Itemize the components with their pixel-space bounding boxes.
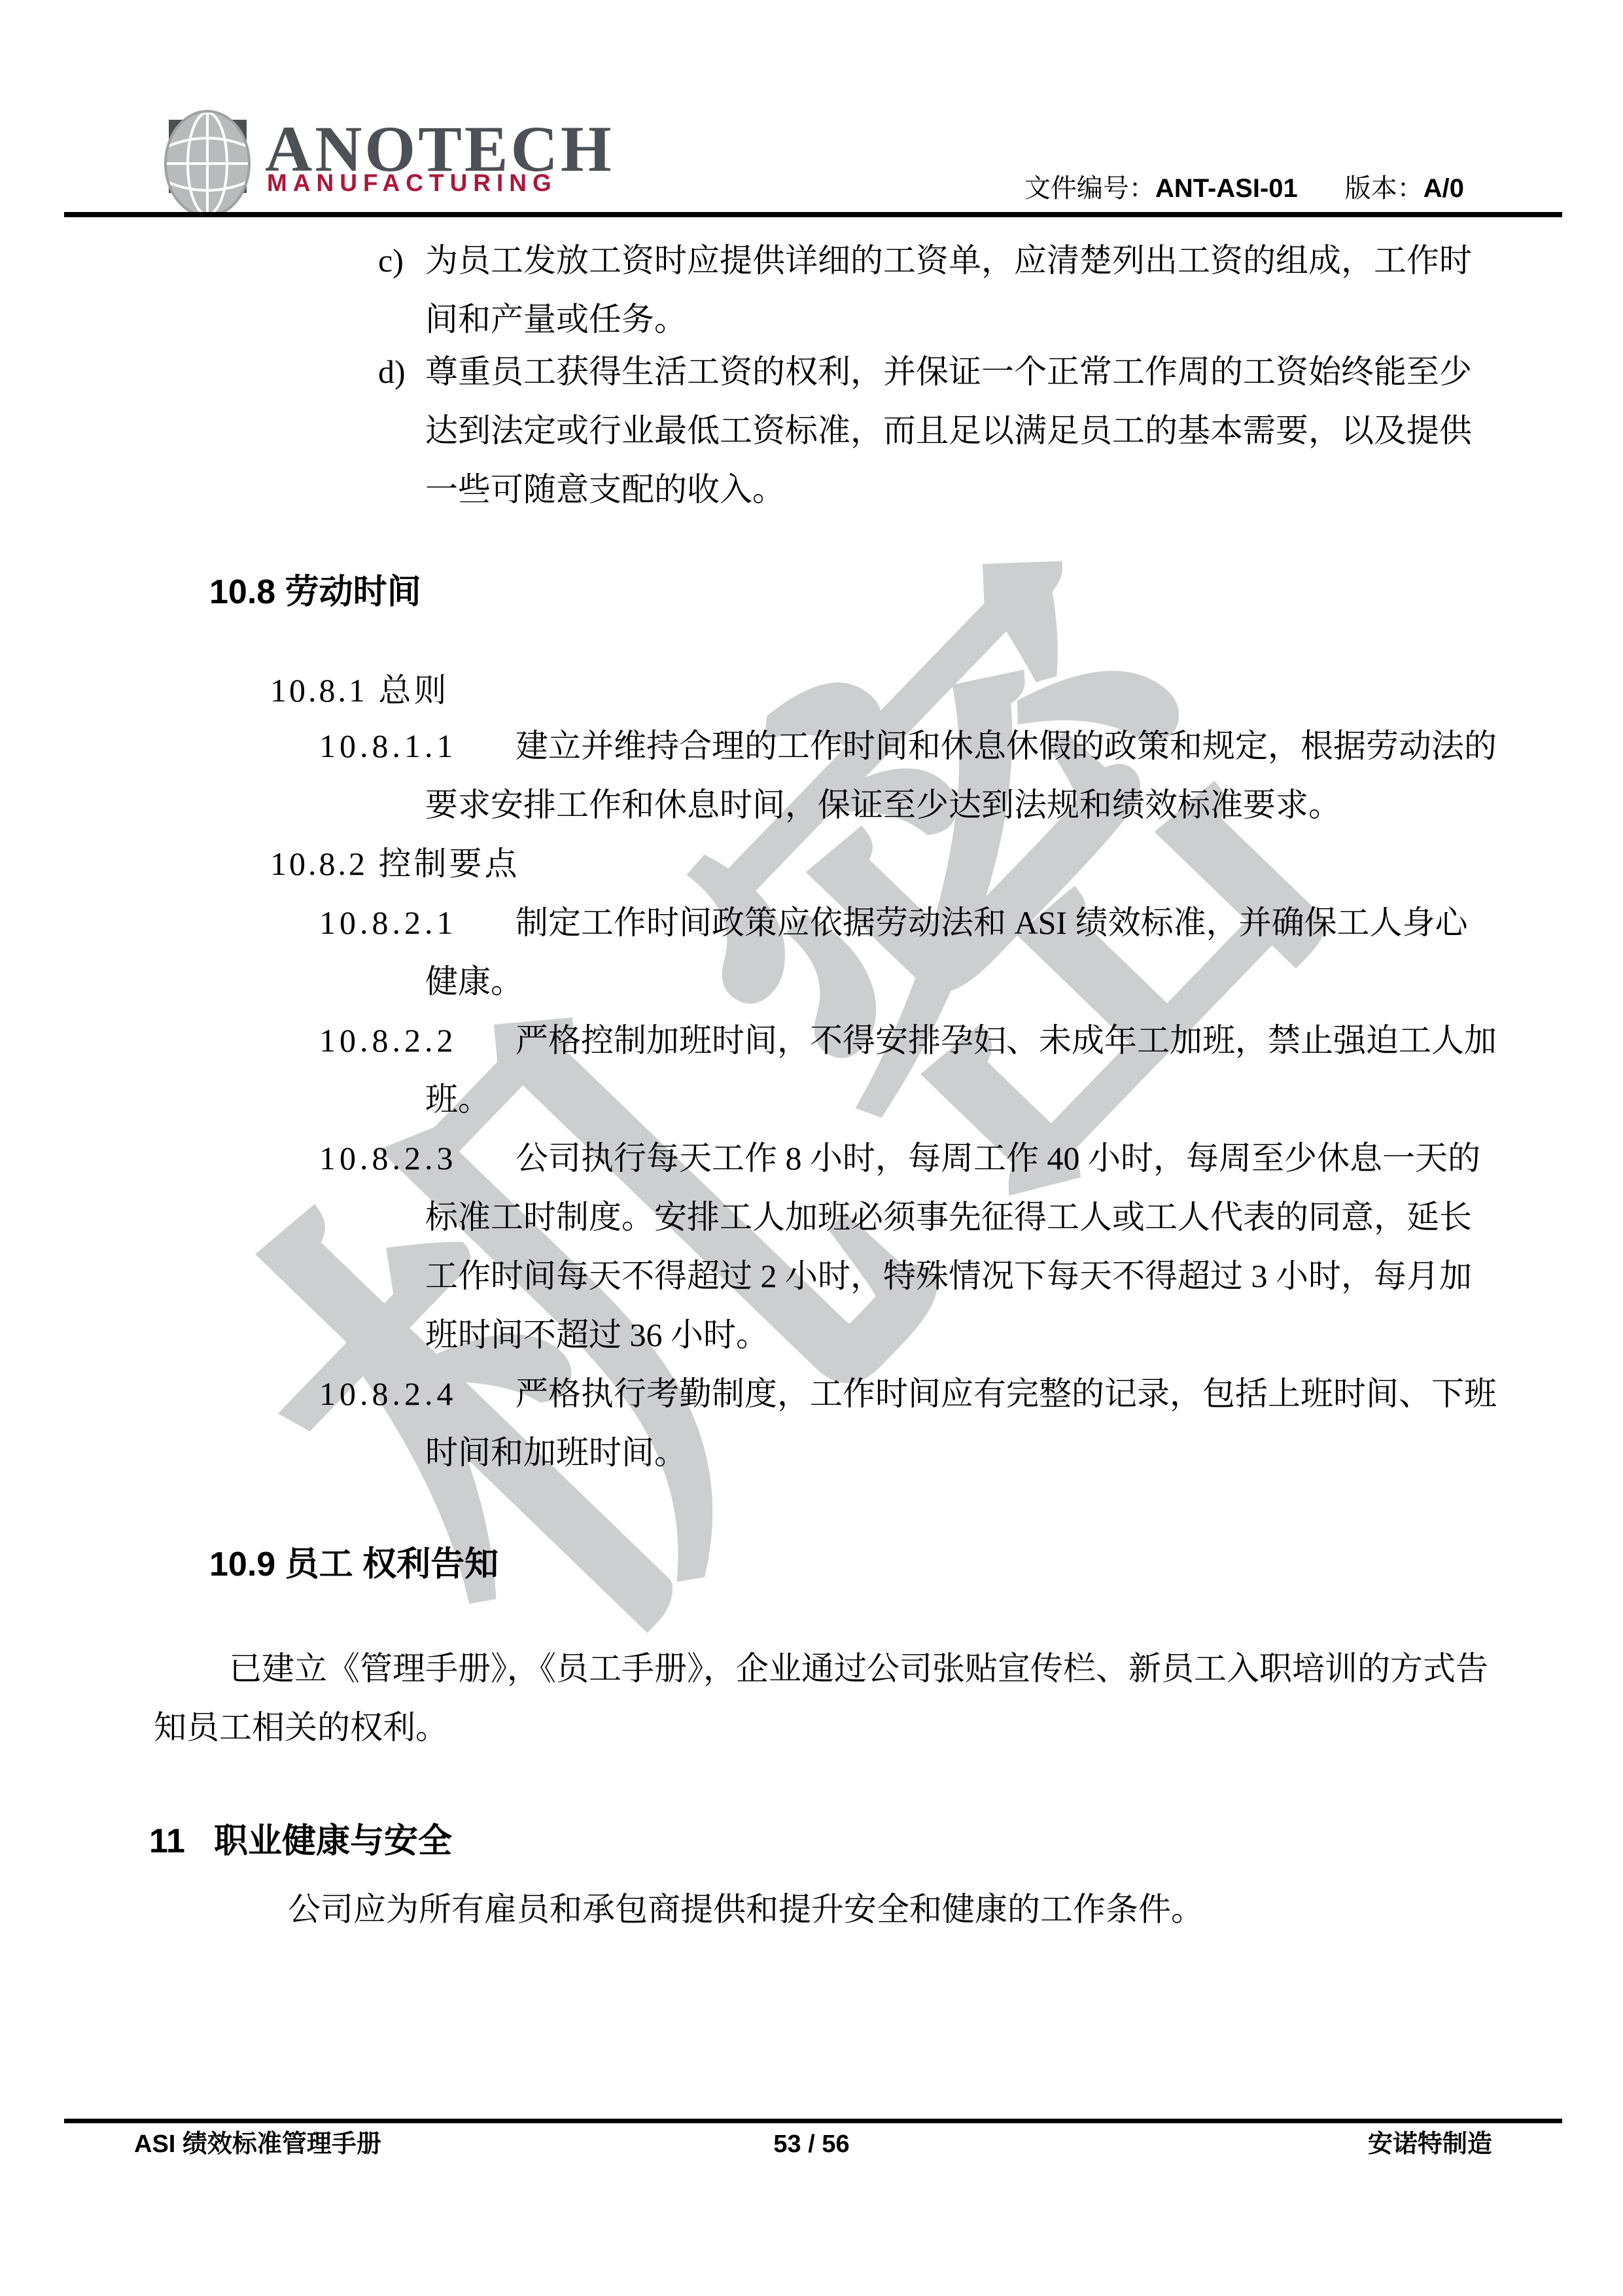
clause-number: 10.8.2.4: [319, 1364, 515, 1423]
clause-text: 严格控制加班时间，不得安排孕妇、未成年工加班，禁止强迫工人加班。: [425, 1022, 1497, 1118]
section-11-title: 11职业健康与安全: [149, 1821, 452, 1862]
version-value: A/0: [1423, 174, 1464, 203]
clause-number: 10.8.2.2: [319, 1011, 515, 1070]
document-meta: 文件编号：ANT-ASI-01版本：A/0: [1024, 173, 1464, 204]
brand-subtitle: MANUFACTURING: [267, 171, 557, 195]
section-11-label: 职业健康与安全: [214, 1822, 452, 1860]
doc-number-label: 文件编号：: [1024, 173, 1155, 203]
clause-number: 10.8.2.1: [319, 893, 515, 952]
clause-text: 公司执行每天工作 8 小时，每周工作 40 小时，每周至少休息一天的标准工时制度…: [425, 1140, 1480, 1353]
list-item-text: 尊重员工获得生活工资的权利，并保证一个正常工作周的工资始终能至少达到法定或行业最…: [425, 353, 1472, 508]
section-10-8-1-title: 10.8.1 总则: [270, 661, 449, 720]
clause-text: 严格执行考勤制度，工作时间应有完整的记录，包括上班时间、下班时间和加班时间。: [425, 1375, 1497, 1471]
page-content: ANOTECH MANUFACTURING 文件编号：ANT-ASI-01版本：…: [0, 0, 1623, 2296]
list-item-d: d)尊重员工获得生活工资的权利，并保证一个正常工作周的工资始终能至少达到法定或行…: [425, 342, 1497, 519]
section-10-8-title: 10.8 劳动时间: [209, 572, 421, 612]
footer-manual-title: ASI 绩效标准管理手册: [134, 2128, 381, 2161]
clause-number: 10.8.2.3: [319, 1129, 515, 1188]
clause-10-8-2-3: 10.8.2.3公司执行每天工作 8 小时，每周工作 40 小时，每周至少休息一…: [425, 1129, 1498, 1364]
clause-10-8-2-2: 10.8.2.2严格控制加班时间，不得安排孕妇、未成年工加班，禁止强迫工人加班。: [425, 1011, 1498, 1129]
version-label: 版本：: [1345, 173, 1423, 203]
section-10-8-2-title: 10.8.2 控制要点: [270, 834, 520, 893]
list-item-c: c)为员工发放工资时应提供详细的工资单，应清楚列出工资的组成，工作时间和产量或任…: [425, 231, 1497, 349]
document-page: 机密 ANOTECH MANUFACTURING 文件编号：ANT-ASI-01…: [0, 0, 1623, 2296]
clause-number: 10.8.1.1: [319, 716, 515, 775]
list-marker: c): [378, 231, 425, 290]
clause-10-8-2-4: 10.8.2.4严格执行考勤制度，工作时间应有完整的记录，包括上班时间、下班时间…: [425, 1364, 1498, 1482]
header-rule: [64, 212, 1562, 217]
clause-10-8-2-1: 10.8.2.1制定工作时间政策应依据劳动法和 ASI 绩效标准，并确保工人身心…: [425, 893, 1498, 1011]
footer-company-name: 安诺特制造: [1368, 2128, 1492, 2161]
section-11-paragraph: 公司应为所有雇员和承包商提供和提升安全和健康的工作条件。: [288, 1880, 1531, 1939]
section-11-number: 11: [149, 1822, 185, 1860]
clause-text: 建立并维持合理的工作时间和休息休假的政策和规定，根据劳动法的要求安排工作和休息时…: [425, 728, 1497, 823]
doc-number-value: ANT-ASI-01: [1155, 174, 1298, 203]
footer-rule: [64, 2119, 1562, 2123]
clause-text: 制定工作时间政策应依据劳动法和 ASI 绩效标准，并确保工人身心健康。: [425, 904, 1468, 1000]
section-10-9-paragraph: 已建立《管理手册》，《员工手册》，企业通过公司张贴宣传栏、新员工入职培训的方式告…: [154, 1639, 1496, 1757]
footer-page-number: 53 / 56: [773, 2128, 849, 2161]
list-item-text: 为员工发放工资时应提供详细的工资单，应清楚列出工资的组成，工作时间和产量或任务。: [425, 242, 1472, 338]
list-marker: d): [378, 342, 425, 401]
section-10-9-title: 10.9 员工 权利告知: [209, 1544, 498, 1585]
clause-10-8-1-1: 10.8.1.1建立并维持合理的工作时间和休息休假的政策和规定，根据劳动法的要求…: [425, 716, 1498, 834]
